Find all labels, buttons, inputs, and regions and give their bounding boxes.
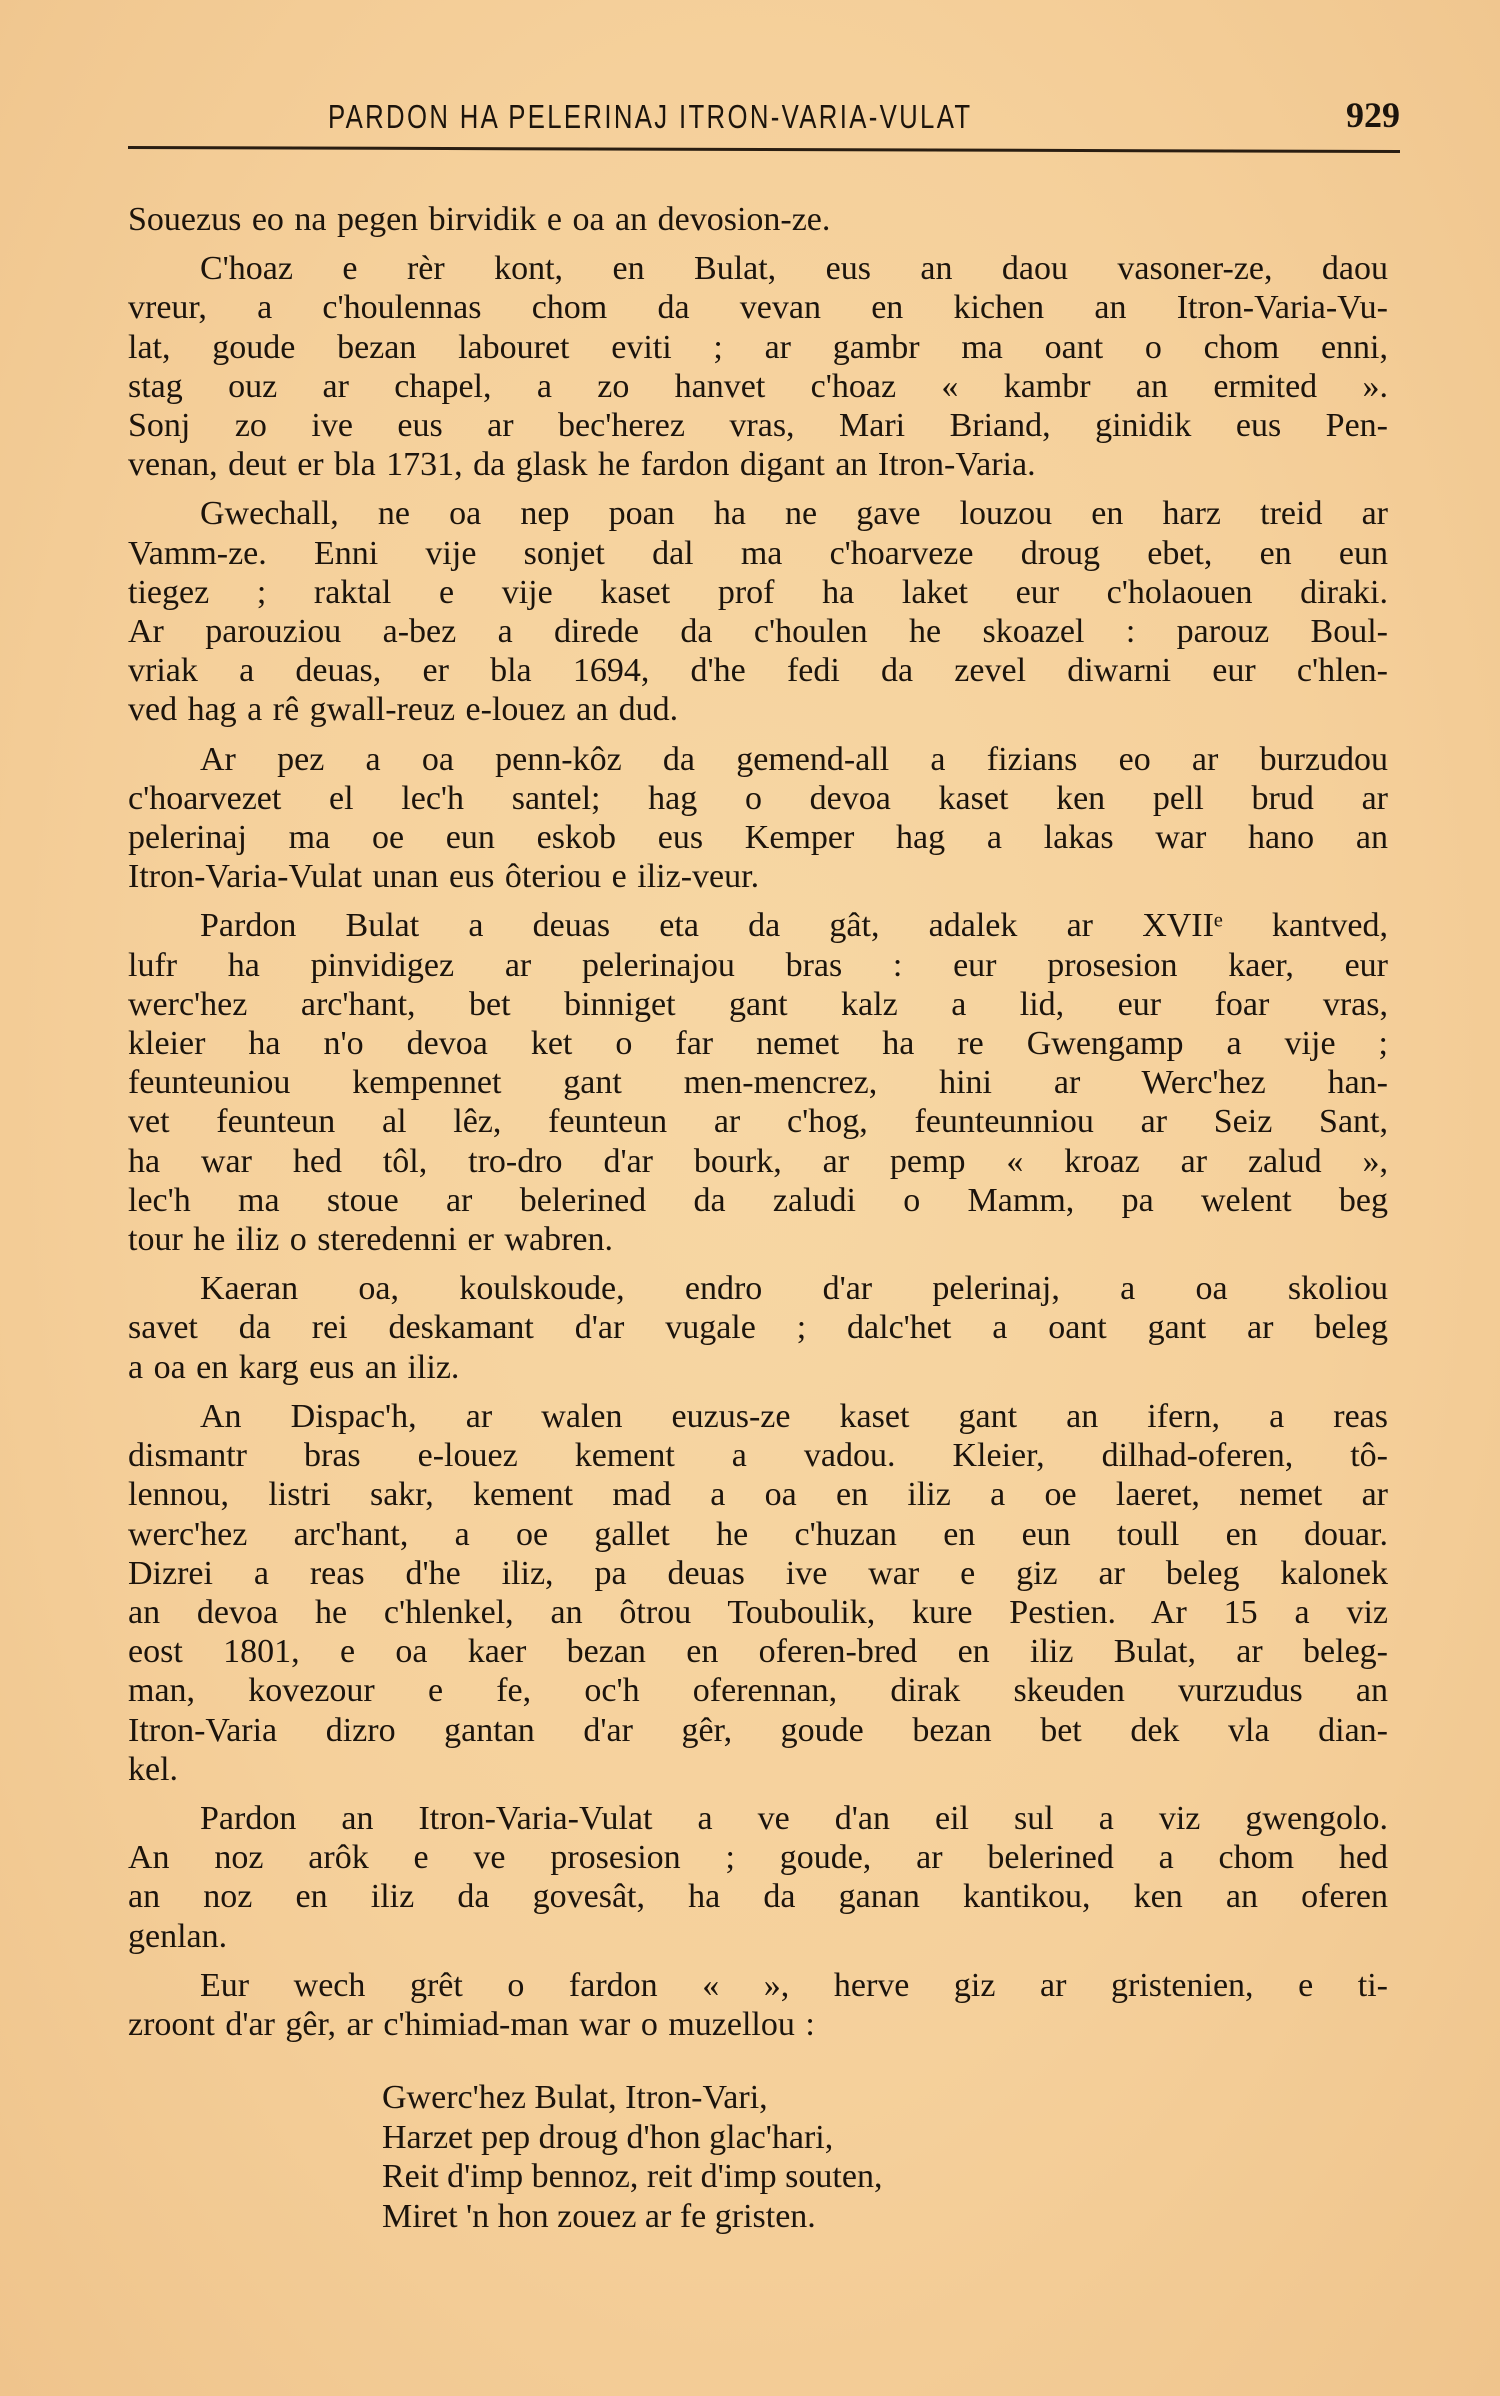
paragraph: Gwechall, ne oa nep poan ha ne gave louz… xyxy=(128,494,1388,729)
paragraph: Souezus eo na pegen birvidik e oa an dev… xyxy=(128,200,1388,239)
paragraph: Pardon Bulat a deuas eta da gât, adalek … xyxy=(128,906,1388,1259)
text-line: werc'hez arc'hant, a oe gallet he c'huza… xyxy=(128,1515,1388,1554)
paragraph: An Dispac'h, ar walen euzus-ze kaset gan… xyxy=(128,1397,1388,1789)
text-line: Souezus eo na pegen birvidik e oa an dev… xyxy=(128,200,1388,239)
text-line: Vamm-ze. Enni vije sonjet dal ma c'hoarv… xyxy=(128,534,1388,573)
text-line: Kaeran oa, koulskoude, endro d'ar peleri… xyxy=(128,1269,1388,1308)
text-line: Pardon Bulat a deuas eta da gât, adalek … xyxy=(128,906,1388,945)
page-number: 929 xyxy=(1346,94,1400,136)
text-line: pelerinaj ma oe eun eskob eus Kemper hag… xyxy=(128,818,1388,857)
verse-stanza: Gwerc'hez Bulat, Itron-Vari,Harzet pep d… xyxy=(382,2078,1388,2236)
verse-line: Reit d'imp bennoz, reit d'imp souten, xyxy=(382,2157,1388,2197)
text-line: kel. xyxy=(128,1750,1388,1789)
text-line: savet da rei deskamant d'ar vugale ; dal… xyxy=(128,1308,1388,1347)
text-line: ved hag a rê gwall-reuz e-louez an dud. xyxy=(128,690,1388,729)
verse-line: Harzet pep droug d'hon glac'hari, xyxy=(382,2118,1388,2158)
text-line: An Dispac'h, ar walen euzus-ze kaset gan… xyxy=(128,1397,1388,1436)
text-line: eost 1801, e oa kaer bezan en oferen-bre… xyxy=(128,1632,1388,1671)
text-line: feunteuniou kempennet gant men-mencrez, … xyxy=(128,1063,1388,1102)
text-line: tiegez ; raktal e vije kaset prof ha lak… xyxy=(128,573,1388,612)
body-text: Souezus eo na pegen birvidik e oa an dev… xyxy=(128,200,1388,2236)
text-line: dismantr bras e-louez kement a vadou. Kl… xyxy=(128,1436,1388,1475)
text-line: ha war hed tôl, tro-dro d'ar bourk, ar p… xyxy=(128,1142,1388,1181)
text-line: Ar parouziou a-bez a direde da c'houlen … xyxy=(128,612,1388,651)
running-header: PARDON HA PELERINAJ ITRON-VARIA-VULAT 92… xyxy=(128,92,1400,142)
text-line: vriak a deuas, er bla 1694, d'he fedi da… xyxy=(128,651,1388,690)
text-line: lufr ha pinvidigez ar pelerinajou bras :… xyxy=(128,946,1388,985)
text-line: Gwechall, ne oa nep poan ha ne gave louz… xyxy=(128,494,1388,533)
text-line: an noz en iliz da govesât, ha da ganan k… xyxy=(128,1877,1388,1916)
text-line: Ar pez a oa penn-kôz da gemend-all a fiz… xyxy=(128,740,1388,779)
running-title: PARDON HA PELERINAJ ITRON-VARIA-VULAT xyxy=(328,98,972,136)
text-line: genlan. xyxy=(128,1917,1388,1956)
text-line: venan, deut er bla 1731, da glask he far… xyxy=(128,445,1388,484)
verse-line: Gwerc'hez Bulat, Itron-Vari, xyxy=(382,2078,1388,2118)
text-line: a oa en karg eus an iliz. xyxy=(128,1348,1388,1387)
text-line: An noz arôk e ve prosesion ; goude, ar b… xyxy=(128,1838,1388,1877)
text-line: Dizrei a reas d'he iliz, pa deuas ive wa… xyxy=(128,1554,1388,1593)
text-line: werc'hez arc'hant, bet binniget gant kal… xyxy=(128,985,1388,1024)
text-line: Itron-Varia-Vulat unan eus ôteriou e ili… xyxy=(128,857,1388,896)
text-line: stag ouz ar chapel, a zo hanvet c'hoaz «… xyxy=(128,367,1388,406)
text-line: C'hoaz e rèr kont, en Bulat, eus an daou… xyxy=(128,249,1388,288)
text-line: Itron-Varia dizro gantan d'ar gêr, goude… xyxy=(128,1711,1388,1750)
text-line: lennou, listri sakr, kement mad a oa en … xyxy=(128,1475,1388,1514)
text-line: Pardon an Itron-Varia-Vulat a ve d'an ei… xyxy=(128,1799,1388,1838)
paragraph: C'hoaz e rèr kont, en Bulat, eus an daou… xyxy=(128,249,1388,484)
paragraph: Kaeran oa, koulskoude, endro d'ar peleri… xyxy=(128,1269,1388,1387)
text-line: kleier ha n'o devoa ket o far nemet ha r… xyxy=(128,1024,1388,1063)
text-line: lat, goude bezan labouret eviti ; ar gam… xyxy=(128,328,1388,367)
text-line: zroont d'ar gêr, ar c'himiad-man war o m… xyxy=(128,2005,1388,2044)
text-line: man, kovezour e fe, oc'h oferennan, dira… xyxy=(128,1671,1388,1710)
header-rule xyxy=(128,146,1400,153)
text-line: an devoa he c'hlenkel, an ôtrou Toubouli… xyxy=(128,1593,1388,1632)
text-line: Sonj zo ive eus ar bec'herez vras, Mari … xyxy=(128,406,1388,445)
text-line: c'hoarvezet el lec'h santel; hag o devoa… xyxy=(128,779,1388,818)
verse-line: Miret 'n hon zouez ar fe gristen. xyxy=(382,2197,1388,2237)
paragraph: Eur wech grêt o fardon « », herve giz ar… xyxy=(128,1966,1388,2044)
paragraph: Pardon an Itron-Varia-Vulat a ve d'an ei… xyxy=(128,1799,1388,1956)
text-line: vreur, a c'houlennas chom da vevan en ki… xyxy=(128,288,1388,327)
text-line: lec'h ma stoue ar belerined da zaludi o … xyxy=(128,1181,1388,1220)
paragraph: Ar pez a oa penn-kôz da gemend-all a fiz… xyxy=(128,740,1388,897)
text-line: vet feunteun al lêz, feunteun ar c'hog, … xyxy=(128,1102,1388,1141)
text-line: tour he iliz o steredenni er wabren. xyxy=(128,1220,1388,1259)
text-line: Eur wech grêt o fardon « », herve giz ar… xyxy=(128,1966,1388,2005)
